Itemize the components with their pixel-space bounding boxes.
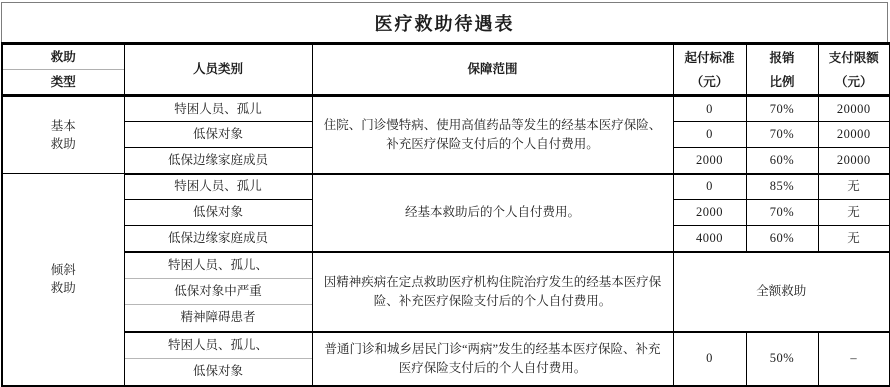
limit-cell: 20000 — [818, 148, 890, 174]
category-line: 特困人员、孤儿、 — [125, 253, 312, 279]
medical-aid-benefits-page: 医疗救助待遇表 救助 类型 人员类别 保障范围 起付标准 （元） 报销 比例 — [0, 0, 890, 383]
coverage-cell: 经基本救助后的个人自付费用。 — [312, 174, 673, 252]
deductible-header-line2: （元） — [674, 70, 746, 94]
category-cell-multiline: 特困人员、孤儿、 低保对象 — [124, 332, 312, 386]
table-row: 特困人员、孤儿、 低保对象 普通门诊和城乡居民门诊“两病”发生的经基本医疗保险、… — [2, 332, 890, 386]
aid-type-header-line1: 救助 — [3, 45, 124, 70]
limit-cell: – — [818, 332, 890, 386]
ratio-cell: 70% — [746, 122, 818, 148]
page-title: 医疗救助待遇表 — [1, 2, 888, 42]
deductible-header-line1: 起付标准 — [674, 46, 746, 70]
table-row: 特困人员、孤儿、 低保对象中严重 精神障碍患者 因精神疾病在定点救助医疗机构住院… — [2, 252, 890, 332]
category-cell: 特困人员、孤儿 — [124, 174, 312, 200]
basic-aid-type-line2: 救助 — [3, 135, 124, 153]
full-aid-merged-cell: 全额救助 — [673, 252, 890, 332]
table-row: 倾斜 救助 特困人员、孤儿 经基本救助后的个人自付费用。 0 85% 无 — [2, 174, 890, 200]
category-cell: 低保边缘家庭成员 — [124, 226, 312, 252]
ratio-header: 报销 比例 — [746, 44, 818, 96]
personnel-header: 人员类别 — [124, 44, 312, 96]
category-line: 精神障碍患者 — [125, 305, 312, 331]
ratio-cell: 70% — [746, 200, 818, 226]
category-cell: 低保对象 — [124, 122, 312, 148]
category-cell-multiline: 特困人员、孤儿、 低保对象中严重 精神障碍患者 — [124, 252, 312, 332]
basic-aid-type-cell: 基本 救助 — [2, 96, 124, 174]
tilted-aid-type-cell: 倾斜 救助 — [2, 174, 124, 386]
limit-header-line2: （元） — [819, 70, 890, 94]
deductible-cell: 0 — [673, 332, 746, 386]
ratio-header-line1: 报销 — [747, 46, 818, 70]
basic-aid-type-line1: 基本 — [3, 117, 124, 135]
category-cell: 低保边缘家庭成员 — [124, 148, 312, 174]
limit-cell: 无 — [818, 200, 890, 226]
table-row: 基本 救助 特困人员、孤儿 住院、门诊慢特病、使用高值药品等发生的经基本医疗保险… — [2, 96, 890, 122]
ratio-cell: 60% — [746, 148, 818, 174]
ratio-header-line2: 比例 — [747, 70, 818, 94]
deductible-cell: 0 — [673, 96, 746, 122]
category-line: 低保对象中严重 — [125, 279, 312, 305]
limit-header: 支付限额 （元） — [818, 44, 890, 96]
limit-cell: 无 — [818, 226, 890, 252]
ratio-cell: 50% — [746, 332, 818, 386]
header-row: 救助 类型 人员类别 保障范围 起付标准 （元） 报销 比例 支付限额 （元） — [2, 44, 890, 96]
page-title-text: 医疗救助待遇表 — [375, 10, 515, 36]
limit-header-line1: 支付限额 — [819, 46, 890, 70]
limit-cell: 无 — [818, 174, 890, 200]
deductible-cell: 2000 — [673, 148, 746, 174]
ratio-cell: 60% — [746, 226, 818, 252]
ratio-cell: 85% — [746, 174, 818, 200]
limit-cell: 20000 — [818, 122, 890, 148]
ratio-cell: 70% — [746, 96, 818, 122]
coverage-cell: 普通门诊和城乡居民门诊“两病”发生的经基本医疗保险、补充医疗保险支付后的个人自付… — [312, 332, 673, 386]
deductible-cell: 4000 — [673, 226, 746, 252]
aid-type-header: 救助 类型 — [2, 44, 124, 96]
category-line: 低保对象 — [125, 359, 312, 385]
aid-type-header-line2: 类型 — [3, 70, 124, 94]
medical-aid-table: 救助 类型 人员类别 保障范围 起付标准 （元） 报销 比例 支付限额 （元） — [1, 42, 890, 387]
category-line: 特困人员、孤儿、 — [125, 333, 312, 359]
limit-cell: 20000 — [818, 96, 890, 122]
deductible-cell: 2000 — [673, 200, 746, 226]
category-cell: 低保对象 — [124, 200, 312, 226]
deductible-cell: 0 — [673, 174, 746, 200]
coverage-cell: 住院、门诊慢特病、使用高值药品等发生的经基本医疗保险、补充医疗保险支付后的个人自… — [312, 96, 673, 174]
tilted-aid-type-line2: 救助 — [3, 279, 124, 297]
deductible-header: 起付标准 （元） — [673, 44, 746, 96]
coverage-cell: 因精神疾病在定点救助医疗机构住院治疗发生的经基本医疗保险、补充医疗保险支付后的个… — [312, 252, 673, 332]
category-cell: 特困人员、孤儿 — [124, 96, 312, 122]
coverage-header: 保障范围 — [312, 44, 673, 96]
deductible-cell: 0 — [673, 122, 746, 148]
tilted-aid-type-line1: 倾斜 — [3, 261, 124, 279]
